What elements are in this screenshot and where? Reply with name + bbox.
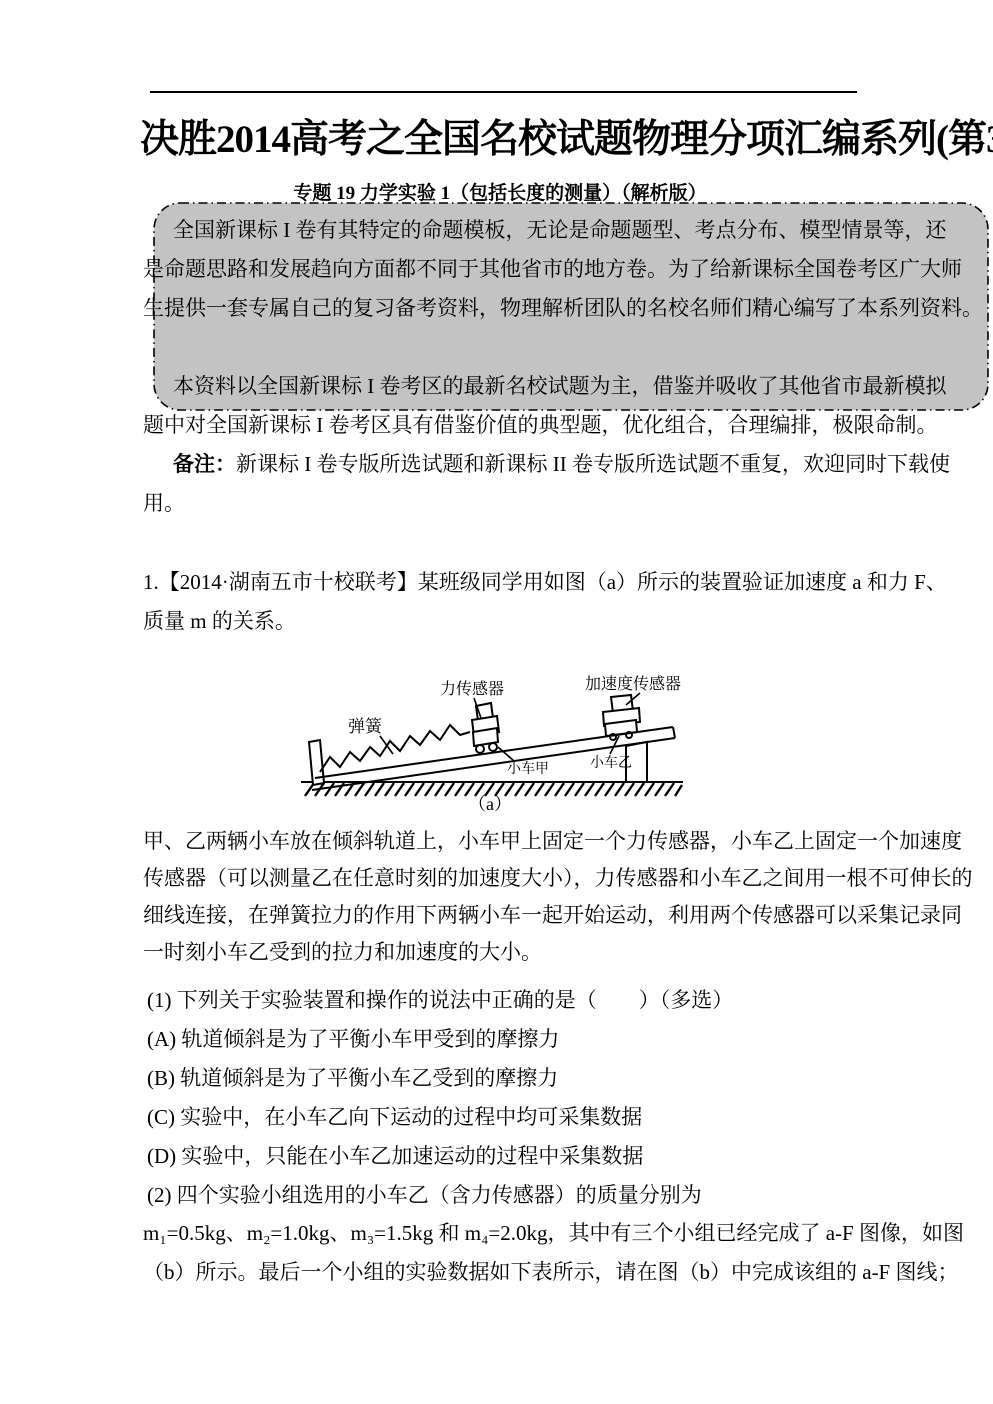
experiment-diagram: 弹簧 力传感器 加速度传感器 小车甲 小车乙 （a） (285, 656, 705, 816)
notice-blank-line (143, 328, 863, 367)
accel-sensor-label: 加速度传感器 (585, 675, 681, 693)
body-line: 细线连接，在弹簧拉力的作用下两辆小车一起开始运动，利用两个传感器可以采集记录同 (143, 897, 863, 934)
remark-text: 新课标 I 卷专版所选试题和新课标 II 卷专版所选试题不重复，欢迎同时下载使 (236, 452, 950, 476)
body-line: 甲、乙两辆小车放在倾斜轨道上，小车甲上固定一个力传感器，小车乙上固定一个加速度 (143, 823, 863, 860)
subquestion-2-continued: m₁=0.5kg、m₂=1.0kg、m₃=1.5kg 和 m₄=2.0kg，其中… (143, 1214, 863, 1292)
instruction-line: （b）所示。最后一个小组的实验数据如下表所示，请在图（b）中完成该组的 a-F … (143, 1253, 863, 1292)
option-b: (B) 轨道倾斜是为了平衡小车乙受到的摩擦力 (147, 1059, 867, 1098)
remark-line: 用。 (143, 484, 863, 523)
notice-line: 本资料以全国新课标 I 卷考区的最新名校试题为主，借鉴并吸收了其他省市最新模拟 (143, 367, 863, 406)
problem-description: 甲、乙两辆小车放在倾斜轨道上，小车甲上固定一个力传感器，小车乙上固定一个加速度 … (143, 823, 863, 971)
notice-paragraphs: 全国新课标 I 卷有其特定的命题模板，无论是命题题型、考点分布、模型情景等，还 … (143, 211, 863, 523)
mass-values-line: m₁=0.5kg、m₂=1.0kg、m₃=1.5kg 和 m₄=2.0kg，其中… (143, 1214, 863, 1253)
remark-line: 备注：新课标 I 卷专版所选试题和新课标 II 卷专版所选试题不重复，欢迎同时下… (143, 445, 863, 484)
cart-a-group (472, 703, 499, 753)
notice-line: 全国新课标 I 卷有其特定的命题模板，无论是命题题型、考点分布、模型情景等，还 (143, 211, 863, 250)
cart-a-label: 小车甲 (507, 761, 549, 777)
document-page: 决胜2014高考之全国名校试题物理分项汇编系列(第3季) 专题 19 力学实验 … (0, 0, 993, 1404)
question-1: 1.【2014·湖南五市十校联考】某班级同学用如图（a）所示的装置验证加速度 a… (143, 563, 863, 641)
notice-line: 题中对全国新课标 I 卷考区具有借鉴价值的典型题，优化组合，合理编排，极限命制。 (143, 406, 863, 445)
question-parts: (1) 下列关于实验装置和操作的说法中正确的是（ ）（多选） (A) 轨道倾斜是… (147, 981, 867, 1215)
body-line: 传感器（可以测量乙在任意时刻的加速度大小），力传感器和小车乙之间用一根不可伸长的 (143, 860, 863, 897)
option-d: (D) 实验中，只能在小车乙加速运动的过程中采集数据 (147, 1137, 867, 1176)
header-rule (150, 91, 857, 93)
cart-b-label: 小车乙 (590, 755, 632, 771)
figure-caption: （a） (468, 794, 512, 814)
option-c: (C) 实验中，在小车乙向下运动的过程中均可采集数据 (147, 1098, 867, 1137)
question-line: 1.【2014·湖南五市十校联考】某班级同学用如图（a）所示的装置验证加速度 a… (143, 563, 863, 602)
remark-label: 备注： (173, 452, 236, 476)
spring-zigzag (320, 725, 470, 772)
question-line: 质量 m 的关系。 (143, 602, 863, 641)
subquestion-2: (2) 四个实验小组选用的小车乙（含力传感器）的质量分别为 (147, 1176, 867, 1215)
spring-label: 弹簧 (348, 717, 383, 736)
cart-b-group (603, 695, 640, 740)
notice-line: 是命题思路和发展趋向方面都不同于其他省市的地方卷。为了给新课标全国卷考区广大师 (143, 250, 863, 289)
force-sensor-label: 力传感器 (440, 680, 504, 698)
subquestion-1: (1) 下列关于实验装置和操作的说法中正确的是（ ）（多选） (147, 981, 867, 1020)
document-title: 决胜2014高考之全国名校试题物理分项汇编系列(第3季) (140, 108, 854, 164)
notice-line: 生提供一套专属自己的复习备考资料，物理解析团队的名校名师们精心编写了本系列资料。 (143, 289, 863, 328)
option-a: (A) 轨道倾斜是为了平衡小车甲受到的摩擦力 (147, 1020, 867, 1059)
body-line: 一时刻小车乙受到的拉力和加速度的大小。 (143, 934, 863, 971)
